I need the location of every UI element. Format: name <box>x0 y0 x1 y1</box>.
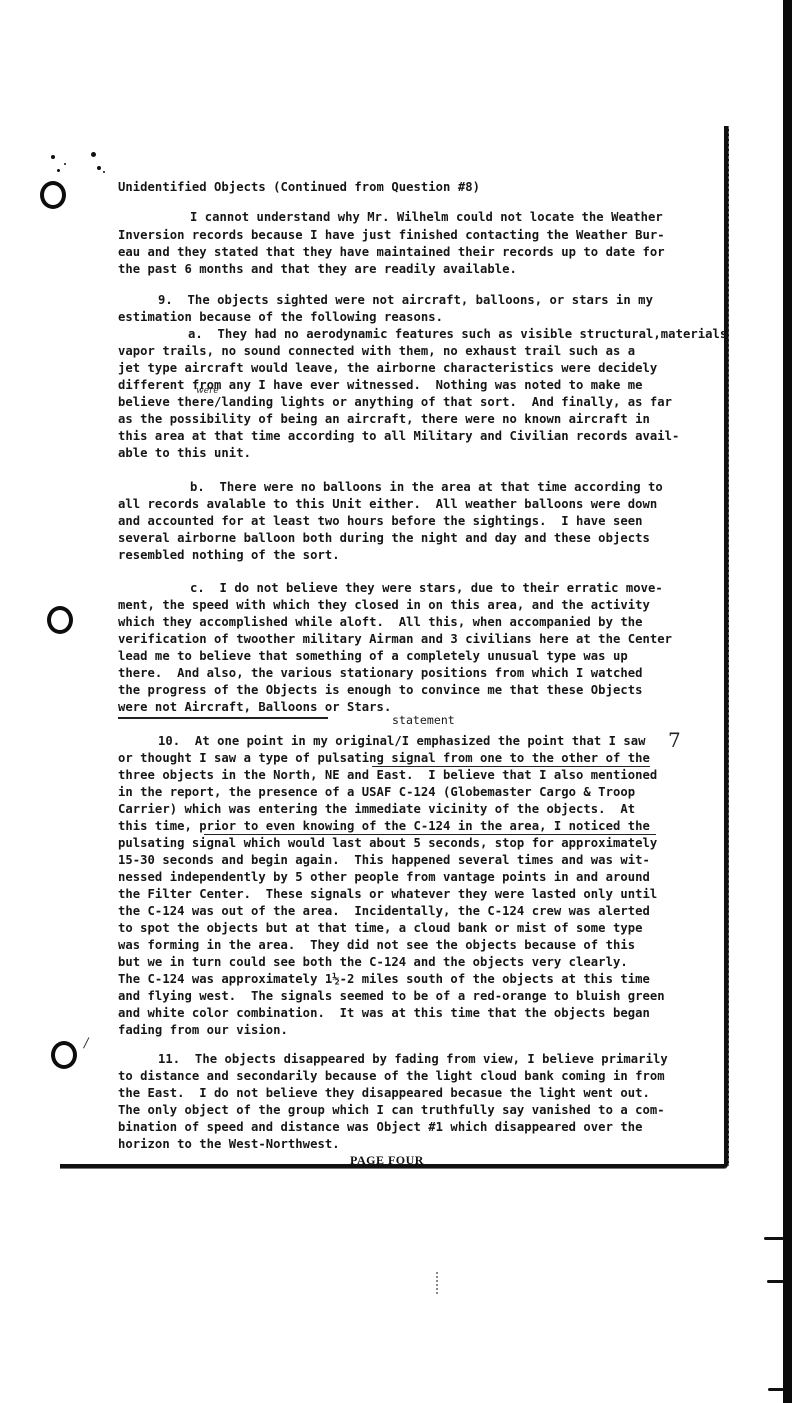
handwritten-underline <box>372 766 650 767</box>
document-page: Unidentified Objects (Continued from Que… <box>0 0 800 1403</box>
q9c-line: were not Aircraft, Balloons or Stars. <box>118 700 391 714</box>
edge-tick-mark <box>767 1280 784 1283</box>
q9c-line: c. I do not believe they were stars, due… <box>190 581 663 595</box>
q9c-line: verification of twoother military Airman… <box>118 632 672 646</box>
punch-hole-icon <box>51 1041 77 1069</box>
scan-artifact <box>436 1272 440 1294</box>
intro-line: I cannot understand why Mr. Wilhelm coul… <box>190 210 663 224</box>
q9b-line: and accounted for at least two hours bef… <box>118 514 643 528</box>
q9b-line: several airborne balloon both during the… <box>118 531 650 545</box>
q11-line: the East. I do not believe they disappea… <box>118 1086 650 1100</box>
q9a-line: a. They had no aerodynamic features such… <box>188 327 727 341</box>
q9a-line: vapor trails, no sound connected with th… <box>118 344 635 358</box>
frame-border-right <box>724 126 729 1166</box>
punch-hole-icon <box>40 181 66 209</box>
q9a-line: as the possibility of being an aircraft,… <box>118 412 650 426</box>
q9c-line: there. And also, the various stationary … <box>118 666 643 680</box>
q9b-line: resembled nothing of the sort. <box>118 548 340 562</box>
q10-line: 10. At one point in my original/I emphas… <box>158 734 646 748</box>
q11-line: horizon to the West-Northwest. <box>118 1137 340 1151</box>
q10-line: the C-124 was out of the area. Incidenta… <box>118 904 650 918</box>
q10-line: fading from our vision. <box>118 1023 288 1037</box>
intro-line: the past 6 months and that they are read… <box>118 262 517 276</box>
q9a-line: able to this unit. <box>118 446 251 460</box>
intro-line: Inversion records because I have just fi… <box>118 228 665 242</box>
scan-speck <box>91 152 96 157</box>
q10-line: in the report, the presence of a USAF C-… <box>118 785 635 799</box>
q11-line: bination of speed and distance was Objec… <box>118 1120 643 1134</box>
q10-line: to spot the objects but at that time, a … <box>118 921 643 935</box>
q10-line: pulsating signal which would last about … <box>118 836 657 850</box>
scan-speck <box>103 171 105 173</box>
q10-line: three objects in the North, NE and East.… <box>118 768 657 782</box>
page-number: PAGE FOUR <box>350 1153 424 1168</box>
edge-tick-mark <box>764 1237 784 1240</box>
handwritten-underline <box>118 717 328 719</box>
q9c-line: which they accomplished while aloft. All… <box>118 615 643 629</box>
q9c-line: ment, the speed with which they closed i… <box>118 598 650 612</box>
q11-line: to distance and secondarily because of t… <box>118 1069 665 1083</box>
q11-line: The only object of the group which I can… <box>118 1103 665 1117</box>
q10-line: the Filter Center. These signals or what… <box>118 887 657 901</box>
q10-line: this time, prior to even knowing of the … <box>118 819 650 833</box>
q9c-line: lead me to believe that something of a c… <box>118 649 628 663</box>
typed-insert-statement: statement <box>392 713 455 727</box>
q9a-line: jet type aircraft would leave, the airbo… <box>118 361 657 375</box>
q10-line: The C-124 was approximately 1½-2 miles s… <box>118 972 650 986</box>
punch-hole-icon <box>47 606 73 634</box>
handwritten-underline <box>204 834 656 835</box>
scan-edge-bar <box>783 0 792 1403</box>
margin-mark: 7 <box>668 728 681 752</box>
scan-speck <box>97 166 101 170</box>
q10-line: or thought I saw a type of pulsating sig… <box>118 751 650 765</box>
q10-line: was forming in the area. They did not se… <box>118 938 635 952</box>
q9b-line: b. There were no balloons in the area at… <box>190 480 663 494</box>
q11-line: 11. The objects disappeared by fading fr… <box>158 1052 668 1066</box>
edge-tick-mark <box>768 1388 784 1391</box>
q9c-line: the progress of the Objects is enough to… <box>118 683 643 697</box>
document-heading: Unidentified Objects (Continued from Que… <box>118 180 480 194</box>
q9b-line: all records avalable to this Unit either… <box>118 497 657 511</box>
q9a-line: this area at that time according to all … <box>118 429 679 443</box>
q10-line: and white color combination. It was at t… <box>118 1006 650 1020</box>
q9a-line: believe there/landing lights or anything… <box>118 395 672 409</box>
q10-line: Carrier) which was entering the immediat… <box>118 802 635 816</box>
q10-line: and flying west. The signals seemed to b… <box>118 989 665 1003</box>
q9-line: 9. The objects sighted were not aircraft… <box>158 293 653 307</box>
scan-speck <box>51 155 55 159</box>
q10-line: 15-30 seconds and begin again. This happ… <box>118 853 650 867</box>
scan-speck <box>64 163 66 165</box>
scan-speck <box>57 169 60 172</box>
q10-line: nessed independently by 5 other people f… <box>118 870 650 884</box>
q9-line: estimation because of the following reas… <box>118 310 443 324</box>
intro-line: eau and they stated that they have maint… <box>118 245 665 259</box>
margin-mark: / <box>84 1036 88 1051</box>
q10-line: but we in turn could see both the C-124 … <box>118 955 628 969</box>
